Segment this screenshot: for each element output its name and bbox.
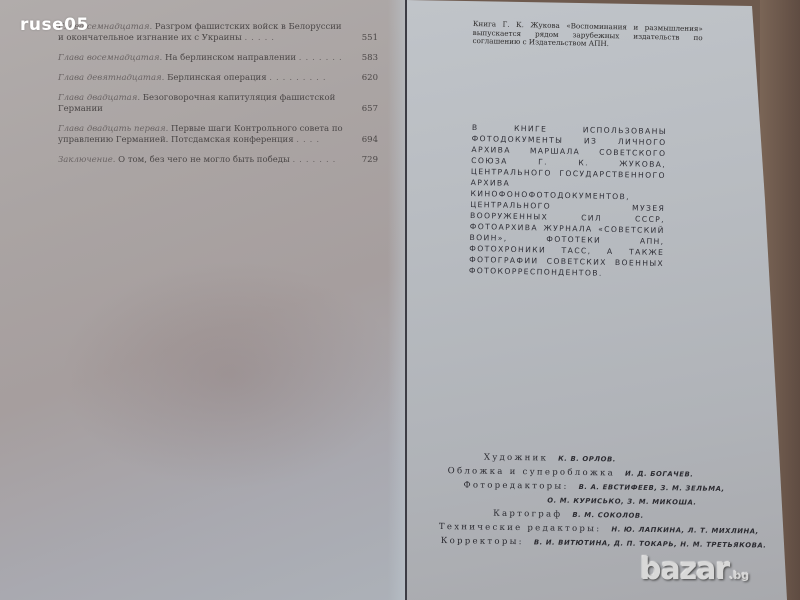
shadow [60, 260, 400, 490]
staff-role: Обложка и суперобложка [448, 466, 615, 478]
site-watermark-tld: .bg [729, 569, 749, 582]
toc-chapter-label: Глава восемнадцатая. [58, 53, 162, 63]
toc-chapter-label: Заключение. [58, 155, 115, 165]
toc-entry: Глава двадцатая. Безоговорочная капитуля… [58, 93, 378, 115]
toc-chapter-title: О том, без чего не могло быть победы [118, 155, 290, 165]
toc-page-number: 620 [356, 73, 378, 84]
staff-role: Картограф [493, 509, 562, 520]
table-of-contents: Глава семнадцатая. Разгром фашистских во… [58, 22, 378, 175]
left-page: Глава семнадцатая. Разгром фашистских во… [0, 0, 406, 600]
staff-credits: ХудожникК. В. Орлов. Обложка и суперобло… [439, 450, 780, 553]
toc-page-number: 583 [356, 53, 378, 64]
photo-credits: В книге использованы фотодокументы из ли… [469, 122, 667, 280]
site-watermark-name: bazar [640, 552, 729, 587]
toc-entry: Глава девятнадцатая. Берлинская операция… [58, 73, 378, 84]
toc-chapter-title: На берлинском направлении [165, 53, 296, 63]
site-watermark-logo: bazar.bg [640, 552, 749, 587]
book-gutter [405, 0, 407, 600]
toc-chapter-label: Глава девятнадцатая. [58, 73, 164, 83]
staff-names: О. М. Курисько, З. М. Микоша. [547, 497, 696, 507]
staff-role: Фоторедакторы: [463, 480, 568, 491]
toc-entry: Заключение. О том, без чего не могло быт… [58, 155, 378, 166]
toc-chapter-title: Берлинская операция [167, 73, 266, 83]
user-watermark: ruse05 [20, 15, 89, 35]
toc-entry: Глава восемнадцатая. На берлинском напра… [58, 53, 378, 64]
toc-page-number: 729 [356, 155, 378, 166]
staff-names: И. Д. Богачев. [625, 470, 694, 479]
toc-entry: Глава двадцать первая. Первые шаги Контр… [58, 124, 378, 146]
toc-page-number: 694 [356, 135, 378, 146]
copyright-note: Книга Г. К. Жукова «Воспоминания и размы… [472, 20, 703, 51]
staff-role: Технические редакторы: [439, 522, 602, 534]
toc-page-number: 657 [356, 104, 378, 115]
toc-chapter-label: Глава двадцать первая. [58, 124, 168, 134]
staff-names: Н. Ю. Лапкина, Л. Т. Михлина, [611, 525, 759, 535]
staff-names: В. М. Соколов. [572, 511, 644, 520]
staff-role: Художник [484, 453, 548, 464]
toc-chapter-label: Глава двадцатая. [58, 93, 140, 103]
staff-names: К. В. Орлов. [558, 455, 616, 464]
staff-role: Корректоры: [441, 536, 524, 547]
toc-page-number: 551 [356, 33, 378, 44]
book-spread: Глава семнадцатая. Разгром фашистских во… [0, 0, 800, 600]
toc-entry: Глава семнадцатая. Разгром фашистских во… [58, 22, 378, 44]
staff-names: В. А. Евстифеев, З. М. Зельма, [579, 483, 725, 493]
staff-names: В. И. Витютина, Д. П. Токарь, Н. М. Трет… [534, 538, 767, 549]
